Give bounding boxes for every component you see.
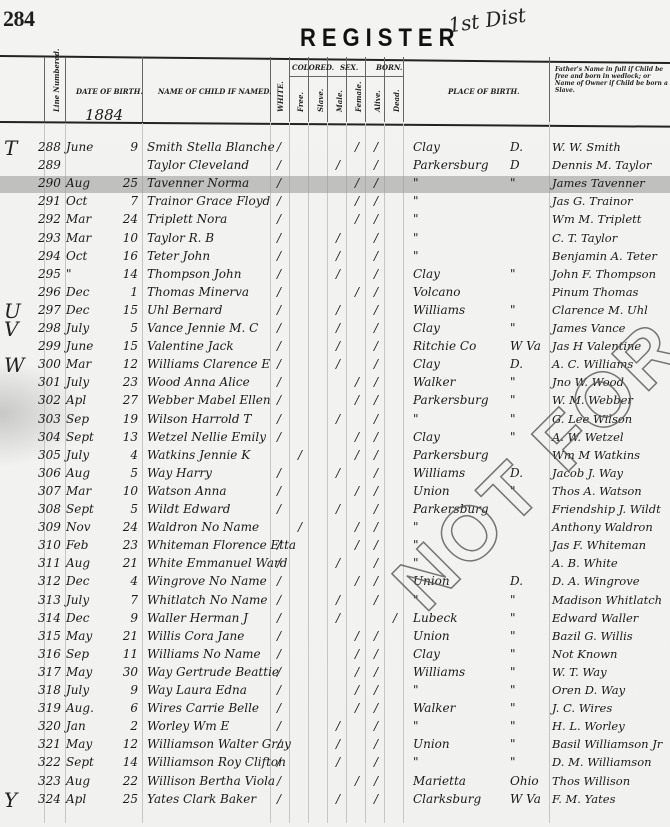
place-state: ": [510, 176, 516, 190]
birth-day: 5: [118, 321, 138, 335]
register-row[interactable]: 309Nov24Waldron No Name"Anthony Waldron/…: [0, 520, 670, 537]
sex-tally-mark: /: [355, 665, 359, 679]
birth-month: Dec: [66, 574, 89, 588]
place-of-birth: Union: [413, 737, 450, 751]
father-name: Oren D. Way: [552, 683, 625, 697]
line-number: 310: [38, 538, 61, 552]
register-row[interactable]: 294Oct16Teter John"Benjamin A. Teter///: [0, 249, 670, 266]
register-row[interactable]: 311Aug21White Emmanuel Ward"A. B. White/…: [0, 556, 670, 573]
born-tally-mark: /: [393, 611, 397, 625]
place-of-birth: Clay: [413, 357, 440, 371]
father-name: W. T. Way: [552, 665, 607, 679]
header-column-divider: [403, 57, 404, 122]
father-name: John F. Thompson: [552, 267, 656, 281]
father-name: Wm M. Triplett: [552, 212, 641, 226]
birth-day: 27: [118, 393, 138, 407]
race-tally-mark: /: [277, 755, 281, 769]
birth-month: Oct: [66, 249, 87, 263]
sex-tally-mark: /: [336, 357, 340, 371]
margin-letter: V: [4, 317, 18, 341]
birth-month: Mar: [66, 357, 91, 371]
race-tally-mark: /: [277, 647, 281, 661]
birth-day: 15: [118, 303, 138, 317]
father-name: Jas F. Whiteman: [552, 538, 646, 552]
register-row[interactable]: 292Mar24Triplett Nora"Wm M. Triplett///: [0, 212, 670, 229]
header-born-dead: Dead.: [392, 90, 401, 112]
line-number: 318: [38, 683, 61, 697]
father-name: Bazil G. Willis: [552, 629, 633, 643]
child-name: Wilson Harrold T: [147, 412, 251, 426]
register-row[interactable]: 312Dec4Wingrove No NameUnionD.D. A. Wing…: [0, 574, 670, 591]
birth-month: Dec: [66, 611, 89, 625]
register-row[interactable]: 291Oct7Trainor Grace Floyd"Jas G. Traino…: [0, 194, 670, 211]
sex-tally-mark: /: [336, 339, 340, 353]
place-state: ": [510, 647, 516, 661]
register-row[interactable]: 322Sept14Williamson Roy Clifton""D. M. W…: [0, 755, 670, 772]
birth-month: Jan: [66, 719, 86, 733]
header-sex-male: Male.: [335, 90, 344, 112]
register-row[interactable]: 288June9Smith Stella BlancheClayD.W. W. …: [0, 140, 670, 157]
sex-tally-mark: /: [355, 375, 359, 389]
child-name: Webber Mabel Ellen: [147, 393, 271, 407]
birth-day: 5: [118, 502, 138, 516]
line-number: 303: [38, 412, 61, 426]
birth-day: 12: [118, 737, 138, 751]
birth-month: June: [66, 339, 93, 353]
place-state: ": [510, 393, 516, 407]
father-name: Thos Willison: [552, 774, 630, 788]
sex-tally-mark: /: [336, 502, 340, 516]
birth-month: Oct: [66, 194, 87, 208]
race-tally-mark: /: [277, 574, 281, 588]
race-tally-mark: /: [277, 194, 281, 208]
child-name: Willis Cora Jane: [147, 629, 244, 643]
birth-day: 7: [118, 593, 138, 607]
born-tally-mark: /: [374, 212, 378, 226]
line-number: 291: [38, 194, 61, 208]
register-row[interactable]: 320Jan2Worley Wm E""H. L. Worley///: [0, 719, 670, 736]
born-tally-mark: /: [374, 412, 378, 426]
birth-day: 9: [118, 140, 138, 154]
child-name: Wingrove No Name: [147, 574, 267, 588]
register-row[interactable]: 314Dec9Waller Herman JLubeck"Edward Wall…: [0, 611, 670, 628]
birth-day: 14: [118, 755, 138, 769]
child-name: Smith Stella Blanche: [147, 140, 275, 154]
child-name: Waldron No Name: [147, 520, 259, 534]
birth-month: Aug: [66, 466, 90, 480]
born-tally-mark: /: [374, 267, 378, 281]
register-row[interactable]: 324Apl25Yates Clark BakerClarksburgW VaF…: [0, 792, 670, 809]
child-name: Trainor Grace Floyd: [147, 194, 270, 208]
birth-day: 14: [118, 267, 138, 281]
child-name: Willison Bertha Viola: [147, 774, 275, 788]
line-number: 316: [38, 647, 61, 661]
race-tally-mark: /: [277, 629, 281, 643]
birth-day: 10: [118, 231, 138, 245]
born-tally-mark: /: [374, 629, 378, 643]
child-name: White Emmanuel Ward: [147, 556, 287, 570]
line-number: 305: [38, 448, 61, 462]
sex-tally-mark: /: [355, 194, 359, 208]
sex-tally-mark: /: [355, 520, 359, 534]
born-tally-mark: /: [374, 774, 378, 788]
header-sex: SEX.: [340, 63, 358, 72]
father-name: W. W. Smith: [552, 140, 621, 154]
margin-letter: W: [4, 353, 25, 377]
birth-month: Feb: [66, 538, 88, 552]
line-number: 301: [38, 375, 61, 389]
father-name: F. M. Yates: [552, 792, 615, 806]
line-number: 309: [38, 520, 61, 534]
place-of-birth: Clarksburg: [413, 792, 481, 806]
born-tally-mark: /: [374, 520, 378, 534]
place-of-birth: Ritchie Co: [413, 339, 476, 353]
birth-month: ": [66, 267, 72, 281]
father-name: D. M. Williamson: [552, 755, 652, 769]
sex-tally-mark: /: [336, 267, 340, 281]
born-tally-mark: /: [374, 176, 378, 190]
line-number: 296: [38, 285, 61, 299]
race-tally-mark: /: [277, 285, 281, 299]
place-state: W Va: [510, 339, 541, 353]
father-name: Friendship J. Wildt: [552, 502, 661, 516]
birth-day: 23: [118, 375, 138, 389]
born-tally-mark: /: [374, 231, 378, 245]
place-state: ": [510, 412, 516, 426]
register-page: 284 REGISTER 1st Dist Line Numbered. DAT…: [0, 0, 670, 827]
father-name: James Tavenner: [552, 176, 645, 190]
birth-month: Aug: [66, 774, 90, 788]
sex-tally-mark: /: [355, 176, 359, 190]
birth-month: Sep: [66, 412, 89, 426]
child-name: Thompson John: [147, 267, 241, 281]
child-name: Way Gertrude Beattie: [147, 665, 279, 679]
header-born-alive: Alive.: [373, 90, 382, 112]
place-state: ": [510, 737, 516, 751]
header-colored: COLORED.: [292, 63, 334, 72]
race-tally-mark: /: [277, 212, 281, 226]
place-state: ": [510, 593, 516, 607]
header-column-divider: [549, 57, 550, 122]
sex-tally-mark: /: [336, 466, 340, 480]
race-tally-mark: /: [277, 412, 281, 426]
register-row[interactable]: 310Feb23Whiteman Florence Etta"Jas F. Wh…: [0, 538, 670, 555]
birth-day: 16: [118, 249, 138, 263]
born-tally-mark: /: [374, 484, 378, 498]
race-tally-mark: /: [277, 611, 281, 625]
born-tally-mark: /: [374, 357, 378, 371]
header-date-of-birth: DATE OF BIRTH.: [76, 87, 143, 96]
line-number: 311: [38, 556, 61, 570]
born-tally-mark: /: [374, 647, 378, 661]
header-group-rule: [327, 76, 365, 77]
child-name: Watkins Jennie K: [147, 448, 250, 462]
birth-month: Aug: [66, 176, 90, 190]
line-number: 304: [38, 430, 61, 444]
birth-day: 10: [118, 484, 138, 498]
birth-month: July: [66, 683, 89, 697]
birth-day: 4: [118, 574, 138, 588]
header-group-rule: [289, 76, 327, 77]
sex-tally-mark: /: [336, 158, 340, 172]
register-row[interactable]: 293Mar10Taylor R. B"C. T. Taylor///: [0, 231, 670, 248]
child-name: Wood Anna Alice: [147, 375, 250, 389]
sex-tally-mark: /: [355, 647, 359, 661]
birth-month: Apl: [66, 393, 86, 407]
race-tally-mark: /: [277, 375, 281, 389]
birth-month: Mar: [66, 484, 91, 498]
sex-tally-mark: /: [336, 412, 340, 426]
birth-day: 22: [118, 774, 138, 788]
child-name: Way Harry: [147, 466, 212, 480]
register-row[interactable]: 317May30Way Gertrude BeattieWilliams"W. …: [0, 665, 670, 682]
birth-day: 19: [118, 412, 138, 426]
birth-day: 1: [118, 285, 138, 299]
register-row[interactable]: 296Dec1Thomas MinervaVolcanoPinum Thomas…: [0, 285, 670, 302]
birth-day: 9: [118, 611, 138, 625]
register-row[interactable]: 313July7Whitlatch No Name""Madison Whitl…: [0, 593, 670, 610]
birth-day: 2: [118, 719, 138, 733]
register-row[interactable]: 308Sept5Wildt EdwardParkersburgFriendshi…: [0, 502, 670, 519]
born-tally-mark: /: [374, 194, 378, 208]
line-number: 314: [38, 611, 61, 625]
place-of-birth: ": [413, 683, 419, 697]
place-state: ": [510, 303, 516, 317]
birth-day: 21: [118, 629, 138, 643]
child-name: Whitlatch No Name: [147, 593, 267, 607]
race-tally-mark: /: [277, 140, 281, 154]
place-of-birth: Clay: [413, 647, 440, 661]
place-of-birth: Marietta: [413, 774, 466, 788]
child-name: Way Laura Edna: [147, 683, 247, 697]
sex-tally-mark: /: [336, 611, 340, 625]
father-name: A. B. White: [552, 556, 618, 570]
header-name-of-child: NAME OF CHILD IF NAMED.: [158, 87, 272, 96]
child-name: Williams Clarence E: [147, 357, 270, 371]
child-name: Thomas Minerva: [147, 285, 249, 299]
birth-month: June: [66, 140, 93, 154]
child-name: Wetzel Nellie Emily: [147, 430, 266, 444]
born-tally-mark: /: [374, 755, 378, 769]
race-tally-mark: /: [277, 665, 281, 679]
place-state: ": [510, 375, 516, 389]
place-of-birth: Williams: [413, 466, 465, 480]
born-tally-mark: /: [374, 574, 378, 588]
header-column-divider: [289, 57, 290, 122]
register-row[interactable]: 289Taylor ClevelandParkersburgDDennis M.…: [0, 158, 670, 175]
header-column-divider: [44, 57, 45, 122]
header-place-of-birth: PLACE OF BIRTH.: [448, 87, 520, 96]
register-row[interactable]: 319Aug.6Wires Carrie BelleWalker"J. C. W…: [0, 701, 670, 718]
header-group-rule: [365, 76, 403, 77]
sex-tally-mark: /: [336, 321, 340, 335]
register-row[interactable]: 298July5Vance Jennie M. CClay"James Vanc…: [0, 321, 670, 338]
header-colored-slave: Slave.: [316, 89, 325, 112]
sex-tally-mark: /: [336, 755, 340, 769]
birth-month: Dec: [66, 285, 89, 299]
birth-month: Sept: [66, 502, 94, 516]
child-name: Waller Herman J: [147, 611, 248, 625]
place-of-birth: Williams: [413, 303, 465, 317]
sex-tally-mark: /: [355, 574, 359, 588]
sex-tally-mark: /: [336, 737, 340, 751]
header-white: WHITE.: [276, 81, 285, 112]
born-tally-mark: /: [374, 448, 378, 462]
birth-month: Sept: [66, 430, 94, 444]
birth-month: May: [66, 665, 92, 679]
race-tally-mark: /: [277, 774, 281, 788]
race-tally-mark: /: [277, 321, 281, 335]
line-number: 313: [38, 593, 61, 607]
father-name: C. T. Taylor: [552, 231, 617, 245]
born-tally-mark: /: [374, 140, 378, 154]
birth-day: 15: [118, 339, 138, 353]
place-of-birth: Clay: [413, 267, 440, 281]
register-row[interactable]: 299June15Valentine JackRitchie CoW VaJas…: [0, 339, 670, 356]
line-number: 323: [38, 774, 61, 788]
child-name: Williamson Walter Gray: [147, 737, 291, 751]
born-tally-mark: /: [374, 375, 378, 389]
place-state: ": [510, 629, 516, 643]
birth-day: 23: [118, 538, 138, 552]
child-name: Uhl Bernard: [147, 303, 222, 317]
father-name: J. C. Wires: [552, 701, 612, 715]
birth-month: July: [66, 448, 89, 462]
place-of-birth: Union: [413, 484, 450, 498]
line-number: 306: [38, 466, 61, 480]
place-of-birth: ": [413, 755, 419, 769]
race-tally-mark: /: [277, 158, 281, 172]
born-tally-mark: /: [374, 393, 378, 407]
sex-tally-mark: /: [355, 683, 359, 697]
place-of-birth: Walker: [413, 375, 455, 389]
register-row[interactable]: 316Sep11Williams No NameClay"Not Known//…: [0, 647, 670, 664]
race-tally-mark: /: [298, 448, 302, 462]
place-state: ": [510, 719, 516, 733]
sex-tally-mark: /: [355, 629, 359, 643]
born-tally-mark: /: [374, 665, 378, 679]
place-of-birth: Parkersburg: [413, 158, 489, 172]
birth-day: 11: [118, 647, 138, 661]
birth-day: 30: [118, 665, 138, 679]
header-column-divider: [65, 57, 66, 122]
born-tally-mark: /: [374, 466, 378, 480]
child-name: Yates Clark Baker: [147, 792, 256, 806]
district-annotation: 1st Dist: [447, 3, 528, 38]
place-of-birth: Williams: [413, 665, 465, 679]
sex-tally-mark: /: [336, 303, 340, 317]
birth-day: 13: [118, 430, 138, 444]
birth-day: 5: [118, 466, 138, 480]
register-row[interactable]: 315May21Willis Cora JaneUnion"Bazil G. W…: [0, 629, 670, 646]
place-state: ": [510, 267, 516, 281]
sex-tally-mark: /: [336, 231, 340, 245]
sex-tally-mark: /: [355, 140, 359, 154]
line-number: 289: [38, 158, 61, 172]
birth-day: 24: [118, 520, 138, 534]
born-tally-mark: /: [374, 792, 378, 806]
birth-day: 24: [118, 212, 138, 226]
born-tally-mark: /: [374, 303, 378, 317]
line-number: 294: [38, 249, 61, 263]
place-of-birth: Clay: [413, 321, 440, 335]
birth-month: Dec: [66, 303, 89, 317]
birth-month: Mar: [66, 231, 91, 245]
year-annotation: 1884: [85, 106, 123, 124]
race-tally-mark: /: [277, 593, 281, 607]
birth-month: May: [66, 737, 92, 751]
birth-month: Aug.: [66, 701, 94, 715]
child-name: Whiteman Florence Etta: [147, 538, 296, 552]
race-tally-mark: /: [277, 393, 281, 407]
race-tally-mark: /: [277, 719, 281, 733]
place-of-birth: ": [413, 176, 419, 190]
child-name: Williamson Roy Clifton: [147, 755, 286, 769]
register-row[interactable]: 295"14Thompson JohnClay"John F. Thompson…: [0, 267, 670, 284]
born-tally-mark: /: [374, 701, 378, 715]
sex-tally-mark: /: [355, 393, 359, 407]
sex-tally-mark: /: [355, 285, 359, 299]
line-number: 315: [38, 629, 61, 643]
line-number: 297: [38, 303, 61, 317]
birth-month: July: [66, 375, 89, 389]
race-tally-mark: /: [277, 502, 281, 516]
register-row[interactable]: 318July9Way Laura Edna""Oren D. Way///: [0, 683, 670, 700]
place-state: ": [510, 683, 516, 697]
line-number: 292: [38, 212, 61, 226]
register-row[interactable]: 323Aug22Willison Bertha ViolaMariettaOhi…: [0, 774, 670, 791]
race-tally-mark: /: [277, 303, 281, 317]
place-state: Ohio: [510, 774, 539, 788]
place-state: ": [510, 755, 516, 769]
header-line-numbered: Line Numbered.: [52, 49, 61, 112]
margin-letter: Y: [4, 788, 17, 812]
sex-tally-mark: /: [336, 792, 340, 806]
sex-tally-mark: /: [355, 701, 359, 715]
birth-day: 21: [118, 556, 138, 570]
birth-day: 4: [118, 448, 138, 462]
race-tally-mark: /: [277, 484, 281, 498]
register-row[interactable]: 297Dec15Uhl BernardWilliams"Clarence M. …: [0, 303, 670, 320]
header-born: BORN.: [376, 63, 402, 72]
place-state: D.: [510, 357, 523, 371]
place-state: ": [510, 611, 516, 625]
race-tally-mark: /: [277, 249, 281, 263]
born-tally-mark: /: [374, 430, 378, 444]
line-number: 324: [38, 792, 61, 806]
born-tally-mark: /: [374, 502, 378, 516]
born-tally-mark: /: [374, 158, 378, 172]
line-number: 299: [38, 339, 61, 353]
page-number: 284: [3, 6, 35, 32]
register-row[interactable]: 290Aug25Tavenner Norma""James Tavenner//…: [0, 176, 670, 193]
child-name: Triplett Nora: [147, 212, 227, 226]
race-tally-mark: /: [277, 683, 281, 697]
birth-day: 7: [118, 194, 138, 208]
sex-tally-mark: /: [355, 430, 359, 444]
father-name: Basil Williamson Jr: [552, 737, 662, 751]
place-of-birth: ": [413, 719, 419, 733]
place-of-birth: ": [413, 212, 419, 226]
race-tally-mark: /: [277, 339, 281, 353]
race-tally-mark: /: [277, 701, 281, 715]
sex-tally-mark: /: [355, 448, 359, 462]
birth-day: 12: [118, 357, 138, 371]
register-row[interactable]: 321May12Williamson Walter GrayUnion"Basi…: [0, 737, 670, 754]
place-state: W Va: [510, 792, 541, 806]
born-tally-mark: /: [374, 339, 378, 353]
birth-month: Mar: [66, 212, 91, 226]
